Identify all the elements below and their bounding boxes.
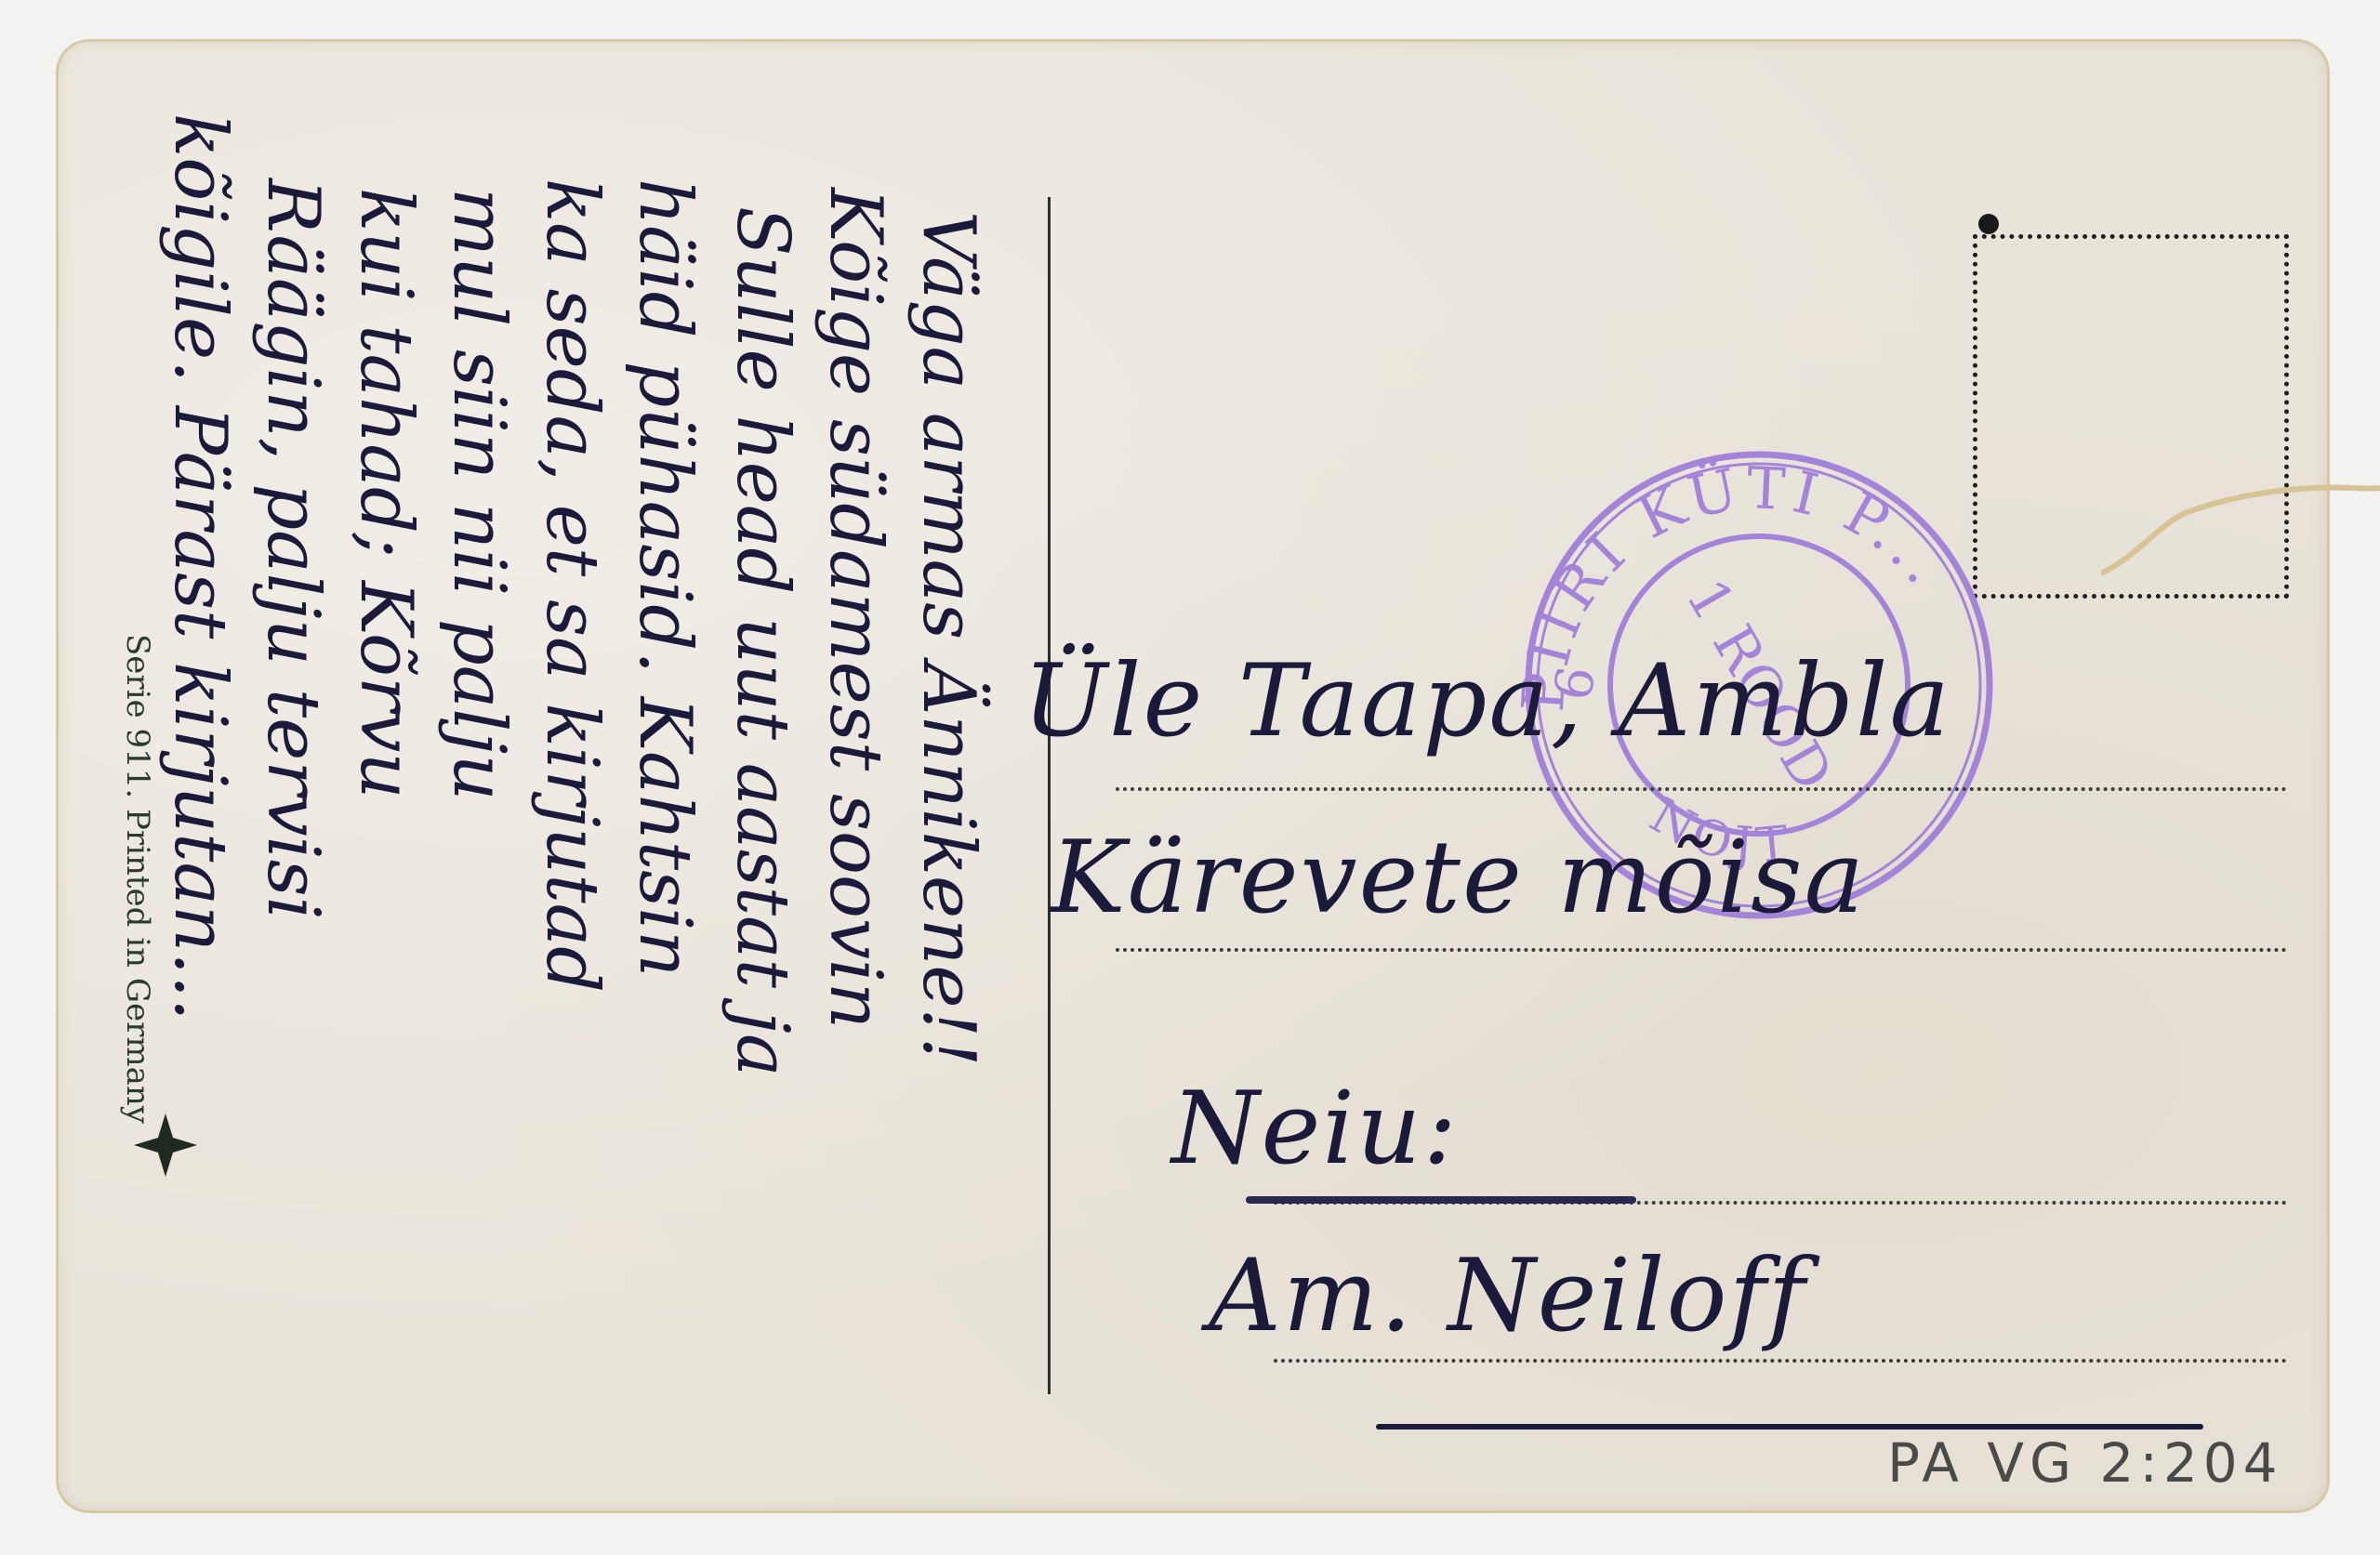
center-divider xyxy=(1048,197,1051,1394)
printed-series-text: Serie 911. Printed in Germany xyxy=(119,634,156,1124)
address-title: Neiu: xyxy=(1171,1071,1459,1187)
message-line: mul siin nii palju xyxy=(437,188,521,801)
address-line-1 xyxy=(1116,787,2287,791)
message-line: Kõige südamest soovin xyxy=(813,188,897,1029)
postcard: Väga armas Ännikene!! Kõige südamest soo… xyxy=(56,39,2330,1513)
publisher-star-icon xyxy=(128,1108,203,1182)
message-line: Räägin, palju tervisi xyxy=(251,178,335,920)
address-line-4 xyxy=(1274,1359,2287,1363)
message-line: Väga armas Ännikene!! xyxy=(906,211,990,1066)
address-line-2 xyxy=(1116,948,2287,952)
archive-reference: PA VG 2:204 xyxy=(1887,1431,2283,1495)
message-line: Sulle head uut aastat ja xyxy=(721,206,804,1076)
message-line: kõigile. Pärast kirjutan... xyxy=(158,113,242,1021)
paper-crack xyxy=(2101,471,2380,583)
ink-blot xyxy=(1978,214,1999,234)
name-underline xyxy=(1376,1424,2203,1430)
message-line: ka seda, et sa kirjutad xyxy=(530,178,614,993)
address-recipient-name: Am. Neiloff xyxy=(1209,1238,1807,1354)
message-line: kui tahad; Kõrvu xyxy=(344,188,428,799)
message-line: häid pühasid. Kahtsin xyxy=(623,178,707,977)
title-underline xyxy=(1246,1196,1636,1204)
address-recipient-place: Üle Taapa, Ambla xyxy=(1023,643,1951,759)
address-estate: Kärevete mõisa xyxy=(1051,820,1866,936)
